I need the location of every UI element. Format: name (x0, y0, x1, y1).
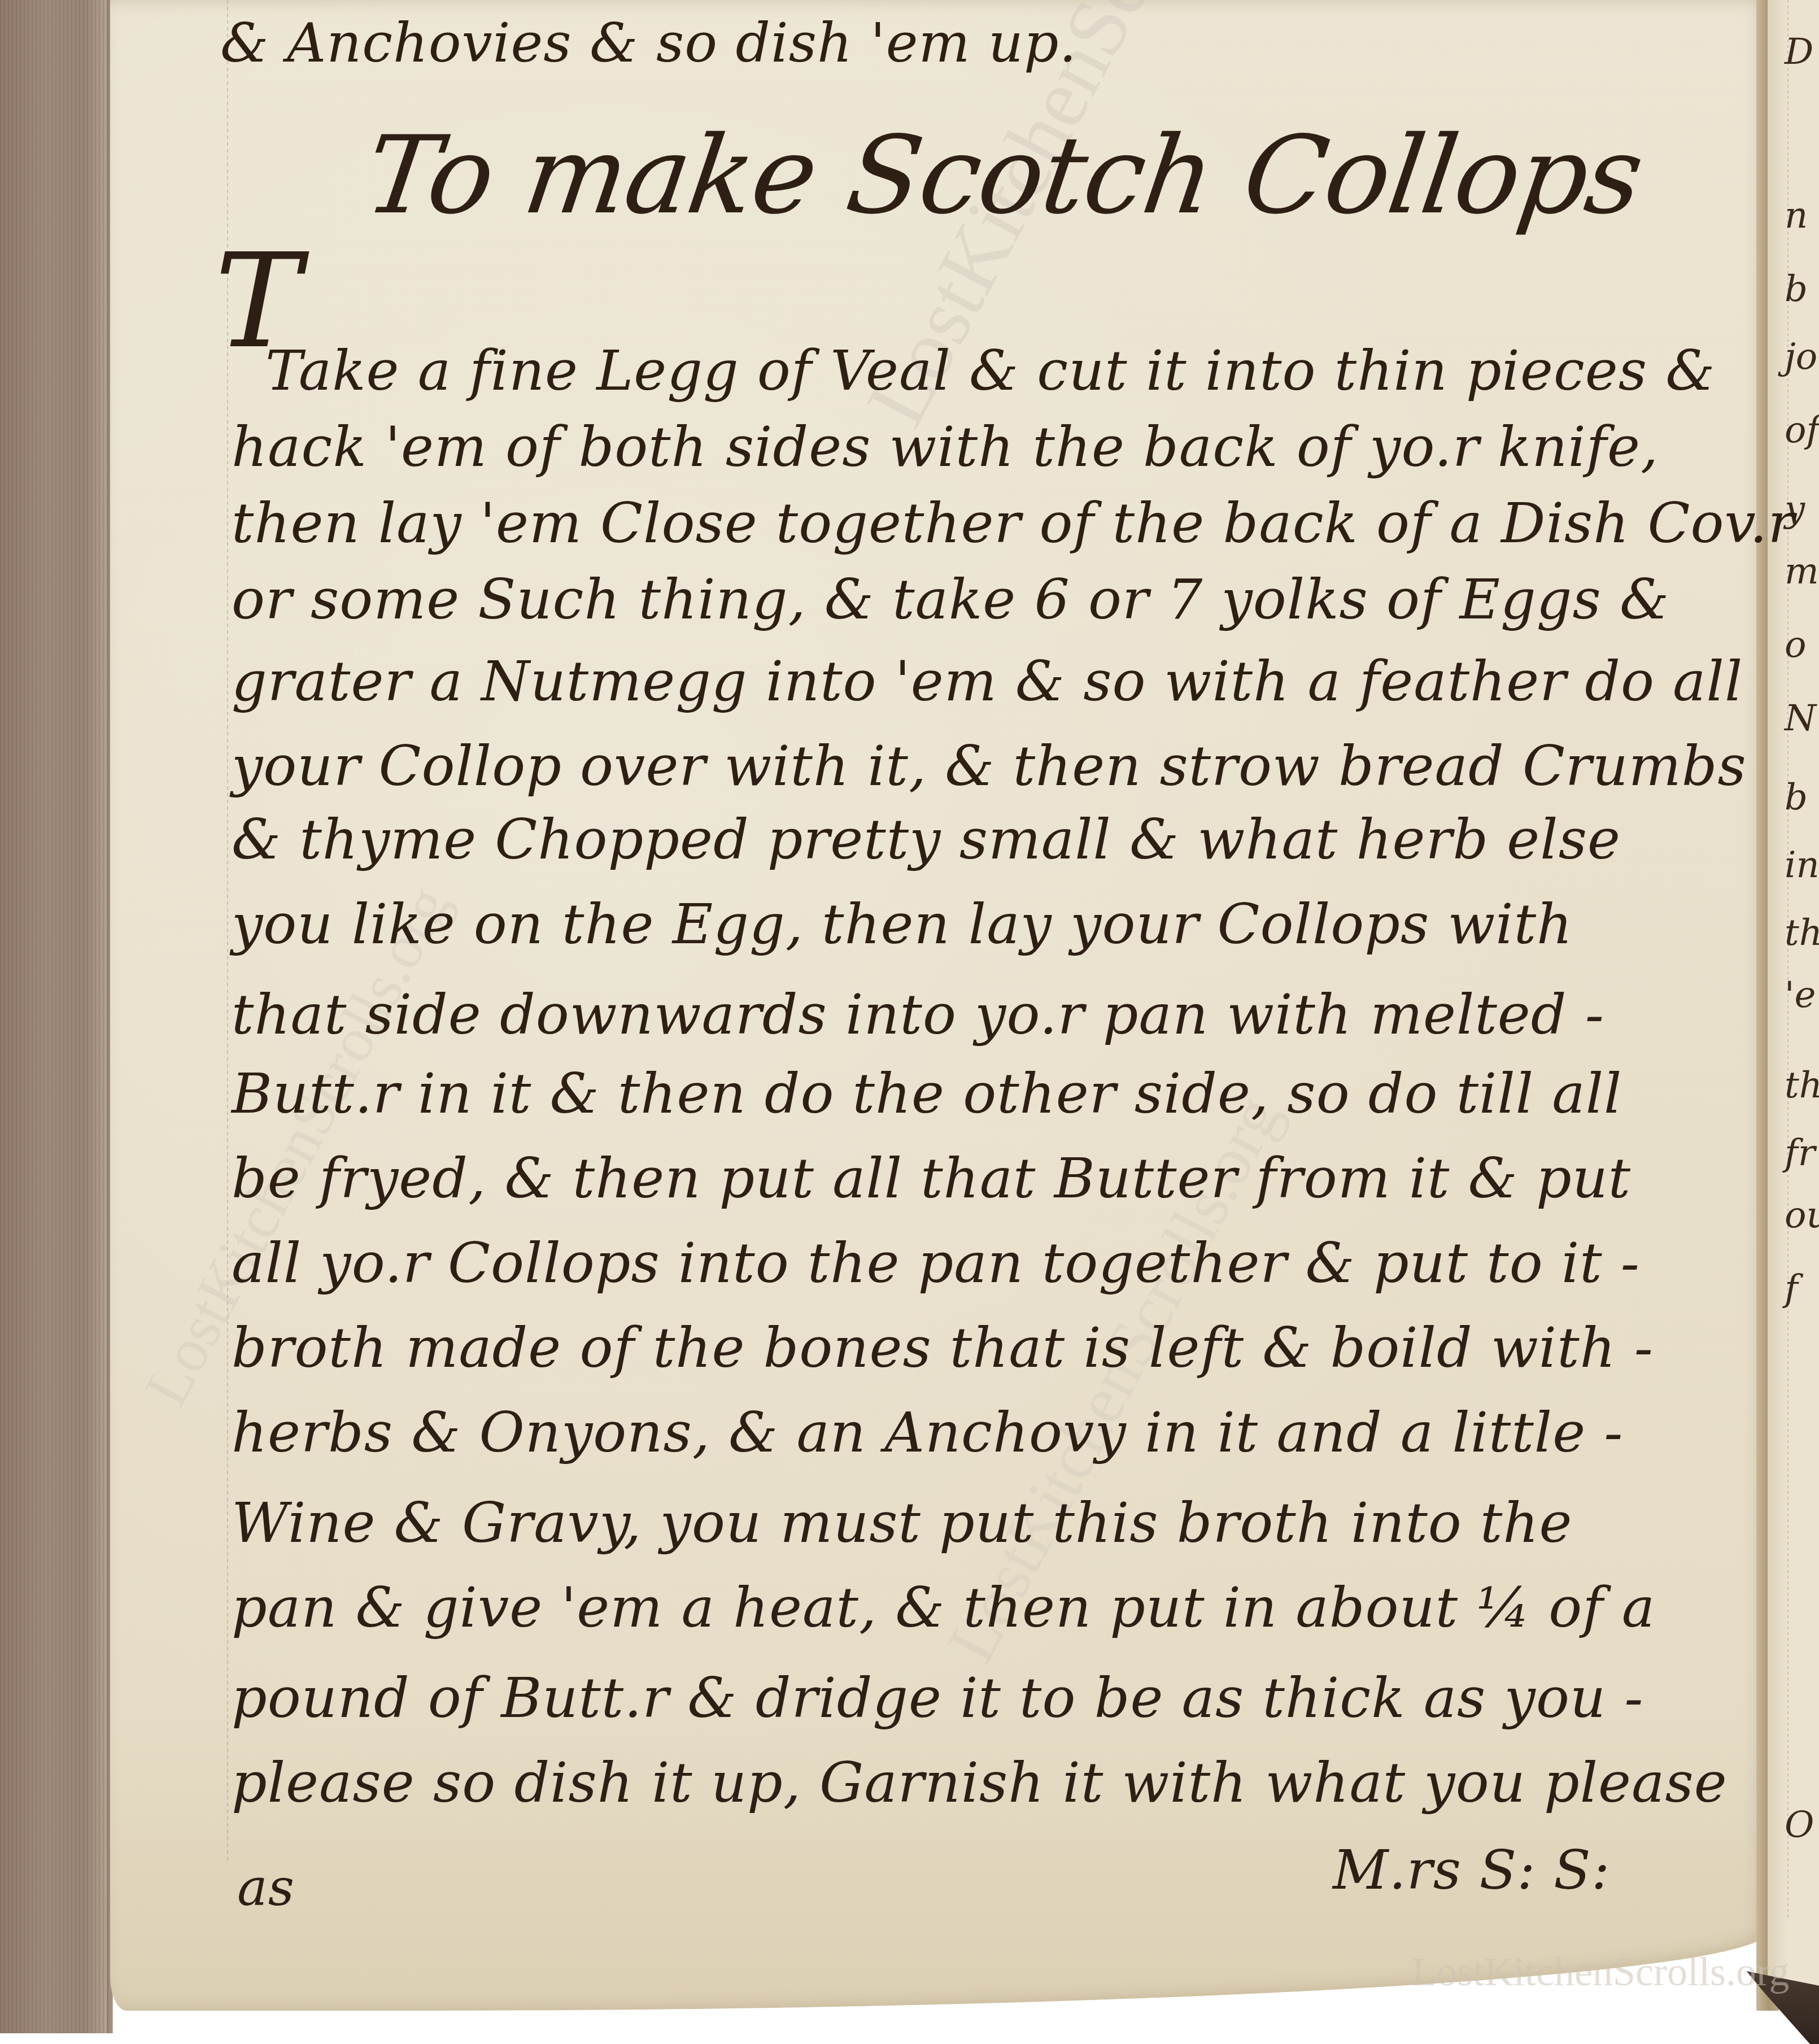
facing-fragment: fr (1785, 1135, 1815, 1171)
recipe-line: or some Such thing, & take 6 or 7 yolks … (232, 568, 1669, 632)
recipe-line: your Collop over with it, & then strow b… (232, 734, 1747, 799)
facing-fragment: 'e (1785, 977, 1816, 1013)
page-edge-stack (0, 0, 113, 2033)
facing-fragment: O (1785, 1807, 1814, 1843)
recipe-attribution: M.rs S: S: (1333, 1838, 1610, 1902)
book-spine-corner (1638, 1971, 1819, 2044)
recipe-line: & thyme Chopped pretty small & what herb… (232, 808, 1621, 872)
recipe-line: Butt.r in it & then do the other side, s… (232, 1062, 1622, 1126)
previous-recipe-ending: & Anchovies & so dish 'em up. (220, 11, 1077, 75)
facing-fragment: b (1785, 779, 1808, 816)
recipe-line: pound of Butt.r & dridge it to be as thi… (232, 1666, 1643, 1731)
facing-fragment: m (1785, 554, 1819, 590)
facing-fragment: f (1785, 1271, 1798, 1307)
recipe-line: please so dish it up, Garnish it with wh… (232, 1751, 1728, 1815)
recipe-title: To make Scotch Collops (358, 113, 1650, 238)
facing-fragment: D (1785, 34, 1813, 70)
recipe-line: Take a fine Legg of Veal & cut it into t… (265, 339, 1716, 403)
recipe-line: grater a Nutmegg into 'em & so with a fe… (232, 650, 1743, 714)
recipe-line: be fryed, & then put all that Butter fro… (232, 1147, 1631, 1211)
facing-fragment: n (1785, 198, 1808, 234)
recipe-line: that side downwards into yo.r pan with m… (232, 983, 1604, 1047)
facing-fragment: N (1785, 700, 1816, 736)
facing-fragment: ou (1785, 1197, 1819, 1234)
trailing-word: as (237, 1858, 295, 1917)
recipe-line: all yo.r Collops into the pan together &… (232, 1231, 1640, 1296)
facing-fragment: jo (1785, 339, 1817, 375)
manuscript-scan: D n b jo of y m o N b in th 'e th fr ou … (0, 0, 1819, 2044)
recipe-line: pan & give 'em a heat, & then put in abo… (232, 1576, 1655, 1640)
recipe-line: you like on the Egg, then lay your Collo… (232, 892, 1573, 957)
facing-fragment: of (1785, 412, 1819, 448)
recipe-line: then lay 'em Close together of the back … (232, 491, 1795, 556)
facing-fragment: b (1785, 271, 1808, 307)
facing-fragment: in (1785, 847, 1819, 883)
facing-fragment: o (1785, 627, 1807, 663)
recipe-line: herbs & Onyons, & an Anchovy in it and a… (232, 1401, 1623, 1465)
recipe-line: hack 'em of both sides with the back of … (232, 415, 1659, 480)
recipe-line: broth made of the bones that is left & b… (232, 1316, 1654, 1380)
facing-fragment: th (1785, 1067, 1819, 1104)
recipe-line: Wine & Gravy, you must put this broth in… (232, 1491, 1572, 1555)
facing-fragment: th (1785, 915, 1819, 951)
